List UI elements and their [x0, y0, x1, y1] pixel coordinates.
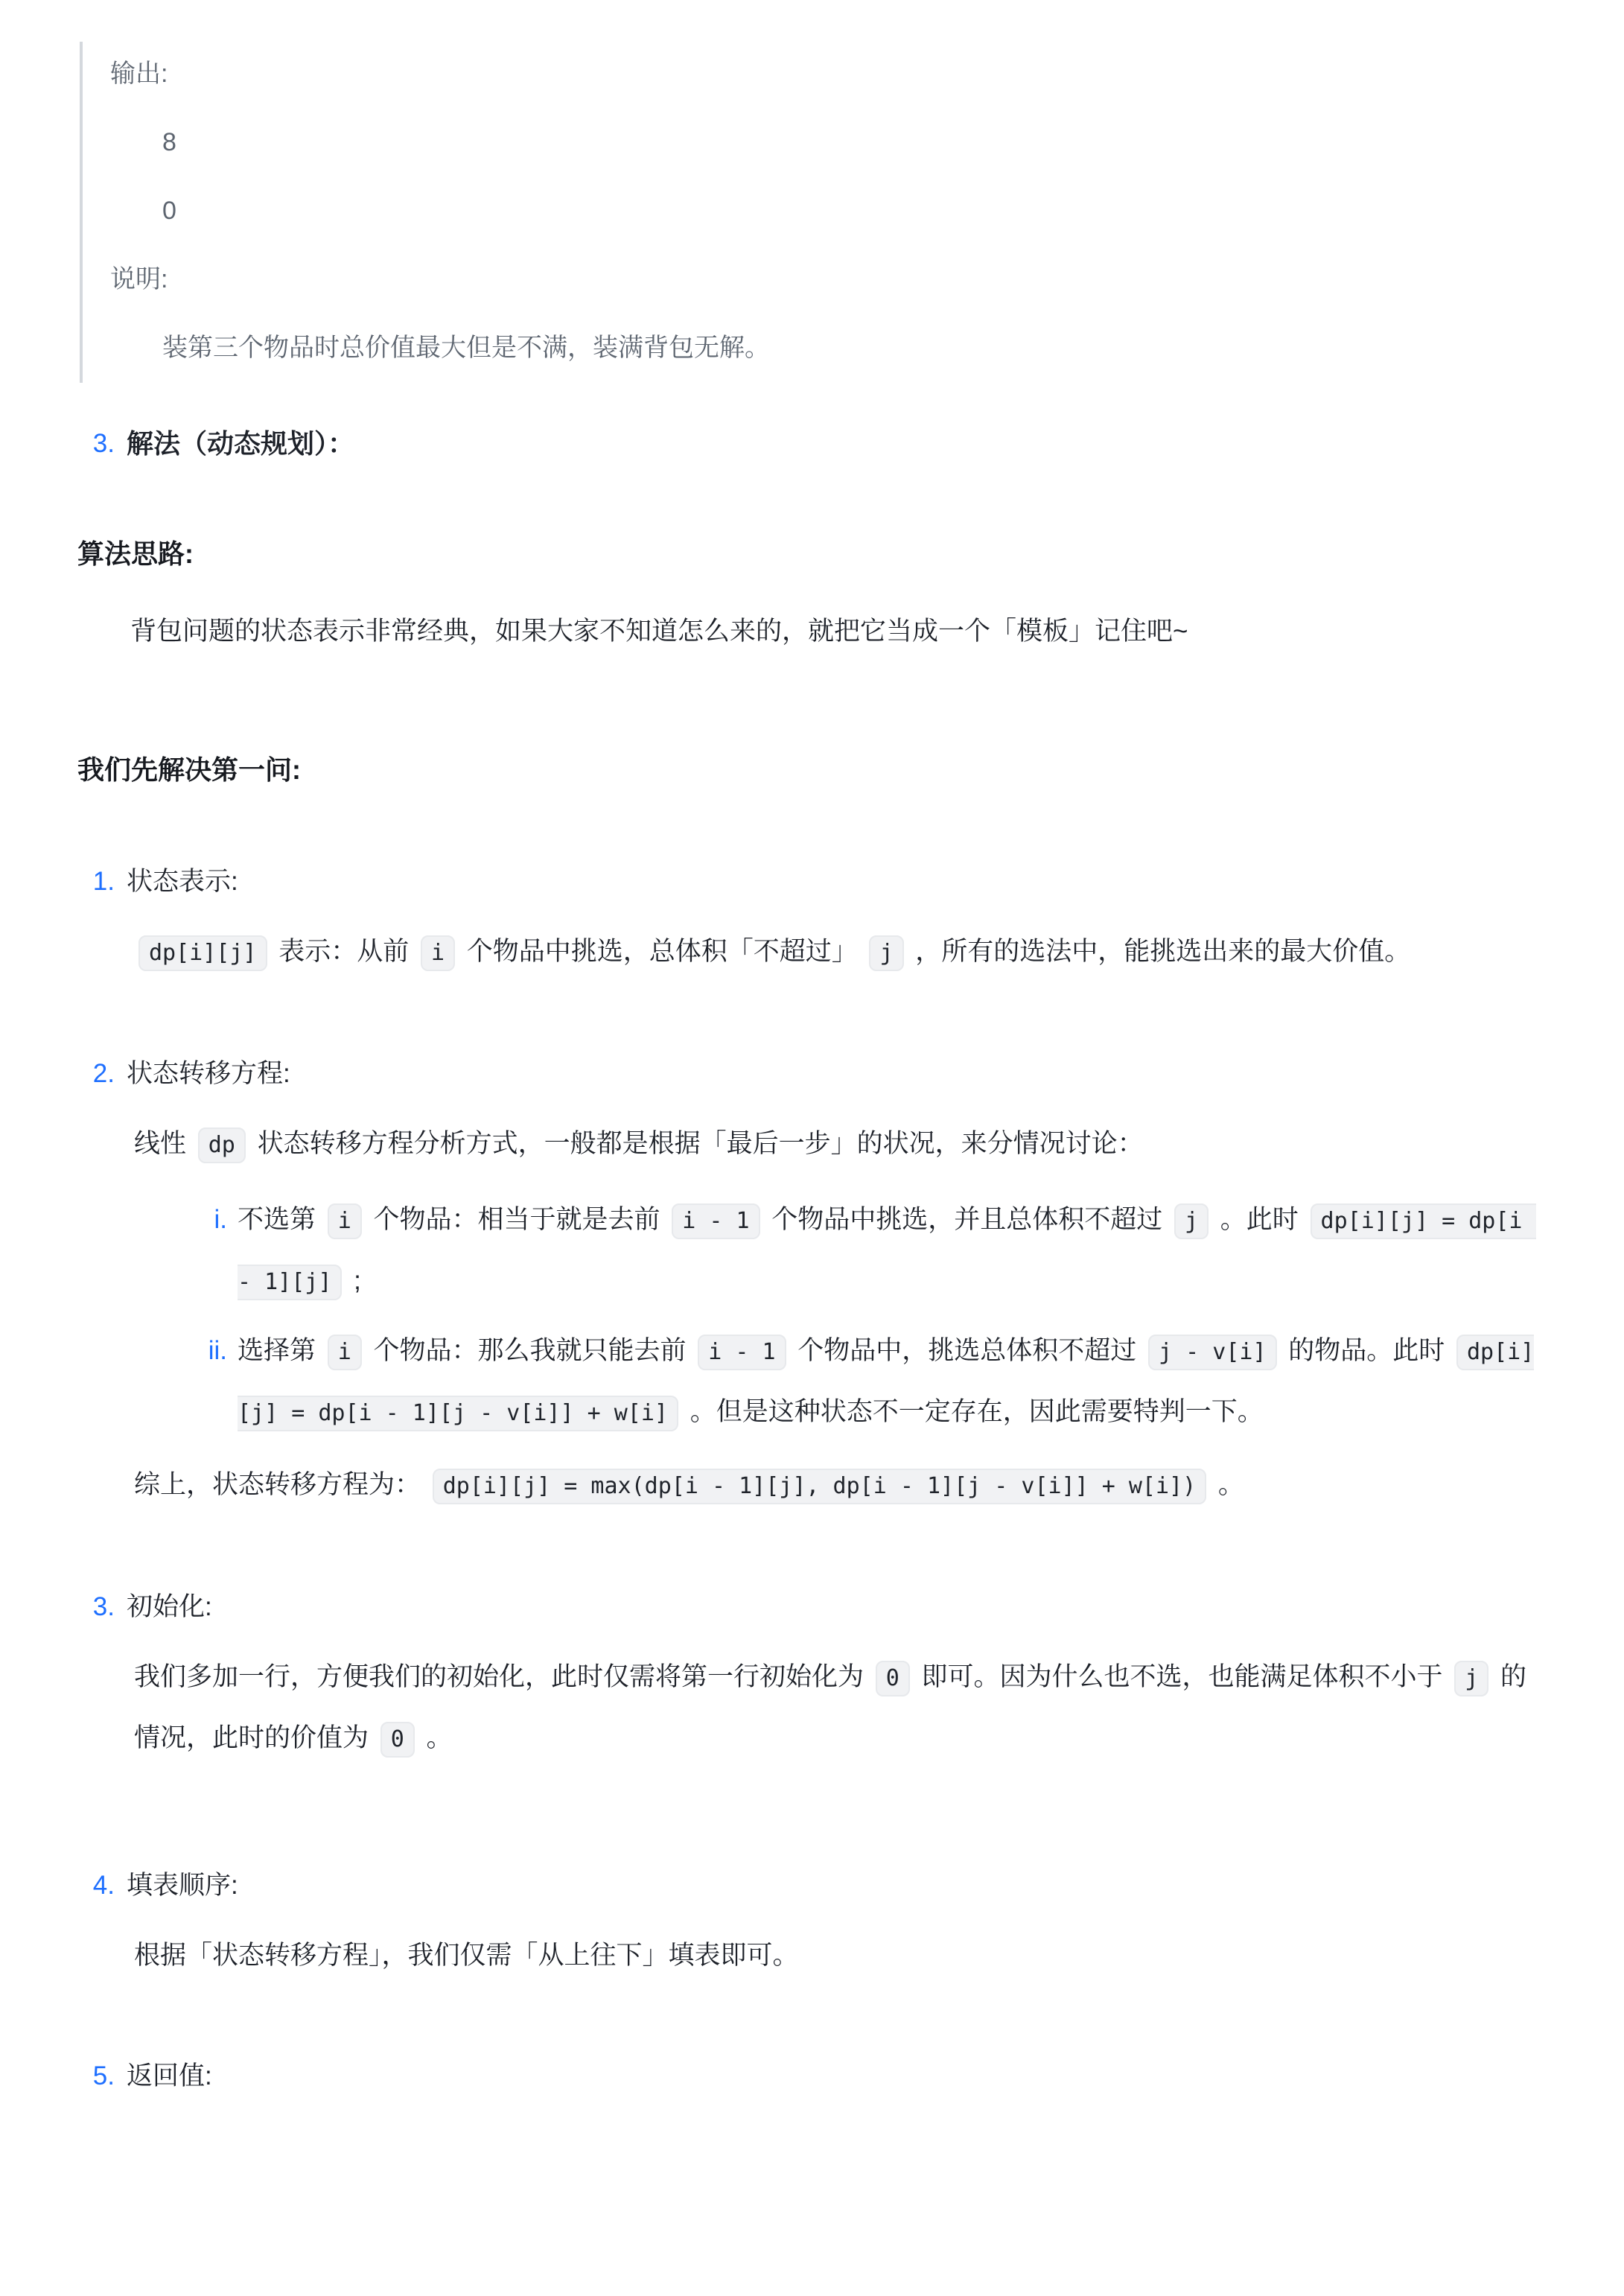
step-return-value: 5. 返回值:	[85, 2055, 1547, 2097]
quote-line-explain-text: 装第三个物品时总价值最大但是不满，装满背包无解。	[162, 326, 1547, 369]
inline-code: j	[869, 935, 903, 971]
step-state-representation: 1. 状态表示: dp[i][j] 表示：从前 i 个物品中挑选，总体积「不超过…	[85, 861, 1547, 983]
solution-list-item: 3. 解法（动态规划）：	[85, 423, 1547, 465]
inline-code: dp[i][j]	[138, 935, 267, 971]
text-run: 的物品。此时	[1281, 1336, 1452, 1365]
list-number: 5.	[85, 2055, 127, 2097]
text-run: 根据「状态转移方程」，我们仅需「从上往下」填表即可。	[134, 1941, 799, 1970]
step-fill-order: 4. 填表顺序: 根据「状态转移方程」，我们仅需「从上往下」填表即可。	[85, 1865, 1547, 1985]
text-run: 。	[419, 1723, 453, 1752]
text-run: 我们多加一行，方便我们的初始化，此时仅需将第一行初始化为	[134, 1662, 871, 1691]
step-title: 填表顺序:	[127, 1871, 238, 1900]
step-paragraph: 线性 dp 状态转移方程分析方式，一般都是根据「最后一步」的状况，来分情况讨论：	[134, 1114, 1547, 1175]
text-run: 个物品：相当于就是去前	[366, 1205, 667, 1234]
inline-code: dp[i][j] = max(dp[i - 1][j], dp[i - 1][j…	[433, 1469, 1206, 1504]
inline-code: i - 1	[672, 1203, 760, 1239]
step-paragraph: dp[i][j] 表示：从前 i 个物品中挑选，总体积「不超过」 j ，所有的选…	[134, 922, 1547, 983]
case-item-skip: i. 不选第 i 个物品：相当于就是去前 i - 1 个物品中挑选，并且总体积不…	[186, 1190, 1547, 1312]
algorithm-idea-heading: 算法思路:	[77, 533, 1547, 575]
case-list: i. 不选第 i 个物品：相当于就是去前 i - 1 个物品中挑选，并且总体积不…	[127, 1190, 1547, 1443]
case-text: 选择第 i 个物品：那么我就只能去前 i - 1 个物品中，挑选总体积不超过 j…	[238, 1321, 1547, 1443]
text-run: 个物品中挑选，总体积「不超过」	[459, 937, 864, 966]
text-run: 表示：从前	[272, 937, 416, 966]
solution-title: 解法（动态规划）：	[127, 428, 354, 459]
step-title: 状态表示:	[127, 867, 238, 896]
text-run: ，所有的选法中，能挑选出来的最大价值。	[908, 937, 1411, 966]
inline-code: 0	[876, 1661, 910, 1696]
example-output-blockquote: 输出: 8 0 说明: 装第三个物品时总价值最大但是不满，装满背包无解。	[80, 42, 1547, 383]
text-run: 线性	[134, 1129, 194, 1158]
text-run: 综上，状态转移方程为：	[134, 1470, 428, 1499]
quote-line-output-value-1: 8	[162, 121, 1547, 164]
text-run: 。	[1211, 1470, 1244, 1499]
roman-number: ii.	[186, 1321, 238, 1443]
first-question-heading: 我们先解决第一问:	[77, 749, 1547, 791]
list-number: 3.	[85, 1586, 127, 1769]
inline-code: j - v[i]	[1148, 1335, 1277, 1370]
list-number: 4.	[85, 1865, 127, 1985]
quote-line-output-label: 输出:	[110, 52, 1547, 95]
inline-code: j	[1174, 1203, 1209, 1239]
text-run: 个物品中挑选，并且总体积不超过	[765, 1205, 1170, 1234]
quote-line-explain-label: 说明:	[110, 258, 1547, 301]
case-text: 不选第 i 个物品：相当于就是去前 i - 1 个物品中挑选，并且总体积不超过 …	[238, 1190, 1547, 1312]
list-number: 2.	[85, 1053, 127, 1516]
list-number: 1.	[85, 861, 127, 983]
step-paragraph: 根据「状态转移方程」，我们仅需「从上往下」填表即可。	[134, 1926, 1547, 1985]
inline-code: i - 1	[698, 1335, 786, 1370]
inline-code: i	[421, 935, 455, 971]
text-run: 不选第	[238, 1205, 323, 1234]
text-run: 状态转移方程分析方式，一般都是根据「最后一步」的状况，来分情况讨论：	[250, 1129, 1144, 1158]
text-run: 。此时	[1213, 1205, 1305, 1234]
step-title: 初始化:	[127, 1592, 212, 1621]
inline-code: dp	[198, 1128, 246, 1163]
article-body: 输出: 8 0 说明: 装第三个物品时总价值最大但是不满，装满背包无解。 3. …	[0, 0, 1624, 2157]
algorithm-intro-paragraph: 背包问题的状态表示非常经典，如果大家不知道怎么来的，就把它当成一个「模板」记住吧…	[130, 602, 1547, 661]
inline-code: j	[1454, 1661, 1488, 1696]
quote-line-output-value-2: 0	[162, 189, 1547, 232]
transition-summary-paragraph: 综上，状态转移方程为： dp[i][j] = max(dp[i - 1][j],…	[134, 1455, 1547, 1516]
case-item-take: ii. 选择第 i 个物品：那么我就只能去前 i - 1 个物品中，挑选总体积不…	[186, 1321, 1547, 1443]
text-run: 。但是这种状态不一定存在，因此需要特判一下。	[683, 1397, 1264, 1426]
step-transition-equation: 2. 状态转移方程: 线性 dp 状态转移方程分析方式，一般都是根据「最后一步」…	[85, 1053, 1547, 1516]
text-run: ;	[346, 1266, 360, 1295]
list-number: 3.	[85, 423, 127, 465]
roman-number: i.	[186, 1190, 238, 1312]
inline-code: 0	[380, 1722, 415, 1758]
text-run: 选择第	[238, 1336, 323, 1365]
step-initialization: 3. 初始化: 我们多加一行，方便我们的初始化，此时仅需将第一行初始化为 0 即…	[85, 1586, 1547, 1769]
step-title: 状态转移方程:	[127, 1059, 290, 1088]
text-run: 个物品中，挑选总体积不超过	[791, 1336, 1144, 1365]
text-run: 即可。因为什么也不选，也能满足体积不小于	[914, 1662, 1450, 1691]
inline-code: i	[328, 1203, 362, 1239]
text-run: 个物品：那么我就只能去前	[366, 1336, 693, 1365]
inline-code: i	[328, 1335, 362, 1370]
step-paragraph: 我们多加一行，方便我们的初始化，此时仅需将第一行初始化为 0 即可。因为什么也不…	[134, 1647, 1547, 1769]
step-title: 返回值:	[127, 2061, 212, 2090]
